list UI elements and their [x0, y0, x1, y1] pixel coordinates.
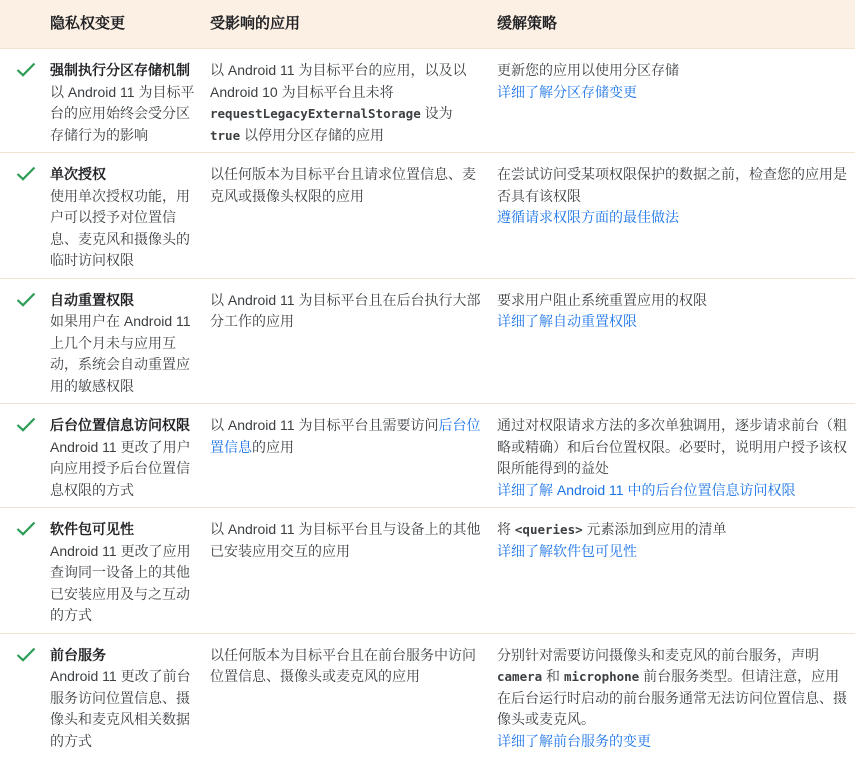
check-icon	[16, 62, 36, 77]
text-run: 要求用户阻止系统重置应用的权限	[497, 292, 707, 308]
text-run: 以任何版本为目标平台且请求位置信息、麦克风或摄像头权限的应用	[210, 166, 476, 204]
paragraph: 通过对权限请求方法的多次单独调用，逐步请求前台（粗略或精确）和后台位置权限。必要…	[497, 415, 847, 480]
paragraph: 将 <queries> 元素添加到应用的清单	[497, 519, 847, 541]
inline-code: microphone	[564, 669, 639, 684]
text-run: 更新您的应用以使用分区存储	[497, 62, 679, 78]
table-row: 自动重置权限如果用户在 Android 11 上几个月未与应用互动，系统会自动重…	[0, 278, 855, 404]
check-icon	[16, 521, 36, 536]
text-run: 以任何版本为目标平台且在前台服务中访问位置信息、摄像头或麦克风的应用	[210, 647, 476, 685]
table-row: 软件包可见性Android 11 更改了应用查询同一设备上的其他已安装应用及与之…	[0, 507, 855, 633]
check-cell	[0, 508, 50, 633]
paragraph: 详细了解前台服务的变更	[497, 731, 847, 753]
text-run: 将	[497, 521, 515, 537]
table-row: 后台位置信息访问权限Android 11 更改了用户向应用授予后台位置信息权限的…	[0, 403, 855, 507]
text-run: 以 Android 11 为目标平台且与设备上的其他已安装应用交互的应用	[210, 521, 480, 559]
change-cell: 单次授权使用单次授权功能，用户可以授予对位置信息、麦克风和摄像头的临时访问权限	[50, 153, 210, 278]
change-title: 软件包可见性	[50, 519, 196, 541]
inline-code: camera	[497, 669, 542, 684]
affected-apps-cell: 以 Android 11 为目标平台且需要访问后台位置信息的应用	[210, 404, 497, 507]
table-row: 单次授权使用单次授权功能，用户可以授予对位置信息、麦克风和摄像头的临时访问权限以…	[0, 152, 855, 278]
change-description: Android 11 更改了前台服务访问位置信息、摄像头和麦克风相关数据的方式	[50, 666, 196, 752]
doc-link[interactable]: 详细了解自动重置权限	[497, 313, 637, 329]
text-run: 分别针对需要访问摄像头和麦克风的前台服务，声明	[497, 647, 819, 663]
text-run: 元素添加到应用的清单	[583, 521, 727, 537]
paragraph: 以任何版本为目标平台且在前台服务中访问位置信息、摄像头或麦克风的应用	[210, 645, 483, 688]
mitigation-cell: 更新您的应用以使用分区存储详细了解分区存储变更	[497, 49, 855, 152]
text-run: 在尝试访问受某项权限保护的数据之前，检查您的应用是否具有该权限	[497, 166, 847, 204]
doc-link[interactable]: 详细了解分区存储变更	[497, 84, 637, 100]
paragraph: 分别针对需要访问摄像头和麦克风的前台服务，声明 camera 和 microph…	[497, 645, 847, 731]
column-header-affected-apps: 受影响的应用	[210, 13, 497, 35]
check-cell	[0, 153, 50, 278]
mitigation-cell: 通过对权限请求方法的多次单独调用，逐步请求前台（粗略或精确）和后台位置权限。必要…	[497, 404, 855, 507]
change-description: 如果用户在 Android 11 上几个月未与应用互动，系统会自动重置应用的敏感…	[50, 311, 196, 397]
paragraph: 以 Android 11 为目标平台的应用，以及以 Android 10 为目标…	[210, 60, 483, 146]
change-title: 前台服务	[50, 645, 196, 667]
change-title: 强制执行分区存储机制	[50, 60, 196, 82]
paragraph: 以任何版本为目标平台且请求位置信息、麦克风或摄像头权限的应用	[210, 164, 483, 207]
change-description: 以 Android 11 为目标平台的应用始终会受分区存储行为的影响	[50, 82, 196, 147]
paragraph: 以 Android 11 为目标平台且在后台执行大部分工作的应用	[210, 290, 483, 333]
table-row: 强制执行分区存储机制以 Android 11 为目标平台的应用始终会受分区存储行…	[0, 48, 855, 152]
check-icon	[16, 417, 36, 432]
text-run: 的应用	[252, 439, 294, 455]
check-cell	[0, 634, 50, 758]
inline-code: requestLegacyExternalStorage	[210, 106, 421, 121]
inline-code: true	[210, 128, 240, 143]
check-cell	[0, 49, 50, 152]
text-run: 以 Android 11 为目标平台且需要访问	[210, 417, 438, 433]
mitigation-cell: 将 <queries> 元素添加到应用的清单详细了解软件包可见性	[497, 508, 855, 633]
paragraph: 详细了解自动重置权限	[497, 311, 847, 333]
change-cell: 前台服务Android 11 更改了前台服务访问位置信息、摄像头和麦克风相关数据…	[50, 634, 210, 758]
doc-link[interactable]: 详细了解软件包可见性	[497, 543, 637, 559]
privacy-changes-table: 隐私权变更 受影响的应用 缓解策略 强制执行分区存储机制以 Android 11…	[0, 0, 855, 758]
check-icon	[16, 166, 36, 181]
check-cell	[0, 279, 50, 404]
change-cell: 后台位置信息访问权限Android 11 更改了用户向应用授予后台位置信息权限的…	[50, 404, 210, 507]
doc-link[interactable]: 遵循请求权限方面的最佳做法	[497, 209, 679, 225]
change-description: 使用单次授权功能，用户可以授予对位置信息、麦克风和摄像头的临时访问权限	[50, 186, 196, 272]
check-cell	[0, 404, 50, 507]
inline-code: <queries>	[515, 522, 583, 537]
mitigation-cell: 要求用户阻止系统重置应用的权限详细了解自动重置权限	[497, 279, 855, 404]
table-header-row: 隐私权变更 受影响的应用 缓解策略	[0, 0, 855, 48]
change-description: Android 11 更改了应用查询同一设备上的其他已安装应用及与之互动的方式	[50, 541, 196, 627]
paragraph: 详细了解 Android 11 中的后台位置信息访问权限	[497, 480, 847, 502]
mitigation-cell: 在尝试访问受某项权限保护的数据之前，检查您的应用是否具有该权限遵循请求权限方面的…	[497, 153, 855, 278]
table-row: 前台服务Android 11 更改了前台服务访问位置信息、摄像头和麦克风相关数据…	[0, 633, 855, 758]
paragraph: 详细了解软件包可见性	[497, 541, 847, 563]
text-run: 通过对权限请求方法的多次单独调用，逐步请求前台（粗略或精确）和后台位置权限。必要…	[497, 417, 847, 476]
affected-apps-cell: 以任何版本为目标平台且请求位置信息、麦克风或摄像头权限的应用	[210, 153, 497, 278]
paragraph: 遵循请求权限方面的最佳做法	[497, 207, 847, 229]
change-title: 后台位置信息访问权限	[50, 415, 196, 437]
change-description: Android 11 更改了用户向应用授予后台位置信息权限的方式	[50, 437, 196, 502]
paragraph: 更新您的应用以使用分区存储	[497, 60, 847, 82]
text-run: 以停用分区存储的应用	[240, 127, 384, 143]
text-run: 和	[542, 668, 564, 684]
text-run: 以 Android 11 为目标平台的应用，以及以 Android 10 为目标…	[210, 62, 466, 100]
column-header-mitigation: 缓解策略	[497, 13, 855, 35]
change-cell: 强制执行分区存储机制以 Android 11 为目标平台的应用始终会受分区存储行…	[50, 49, 210, 152]
text-run: 设为	[421, 105, 453, 121]
paragraph: 要求用户阻止系统重置应用的权限	[497, 290, 847, 312]
mitigation-cell: 分别针对需要访问摄像头和麦克风的前台服务，声明 camera 和 microph…	[497, 634, 855, 758]
paragraph: 以 Android 11 为目标平台且与设备上的其他已安装应用交互的应用	[210, 519, 483, 562]
change-title: 单次授权	[50, 164, 196, 186]
affected-apps-cell: 以 Android 11 为目标平台且与设备上的其他已安装应用交互的应用	[210, 508, 497, 633]
check-icon	[16, 647, 36, 662]
paragraph: 以 Android 11 为目标平台且需要访问后台位置信息的应用	[210, 415, 483, 458]
affected-apps-cell: 以 Android 11 为目标平台且在后台执行大部分工作的应用	[210, 279, 497, 404]
check-icon	[16, 292, 36, 307]
text-run: 以 Android 11 为目标平台且在后台执行大部分工作的应用	[210, 292, 480, 330]
change-title: 自动重置权限	[50, 290, 196, 312]
doc-link[interactable]: 详细了解前台服务的变更	[497, 733, 651, 749]
paragraph: 在尝试访问受某项权限保护的数据之前，检查您的应用是否具有该权限	[497, 164, 847, 207]
change-cell: 软件包可见性Android 11 更改了应用查询同一设备上的其他已安装应用及与之…	[50, 508, 210, 633]
paragraph: 详细了解分区存储变更	[497, 82, 847, 104]
affected-apps-cell: 以任何版本为目标平台且在前台服务中访问位置信息、摄像头或麦克风的应用	[210, 634, 497, 758]
table-body: 强制执行分区存储机制以 Android 11 为目标平台的应用始终会受分区存储行…	[0, 48, 855, 758]
change-cell: 自动重置权限如果用户在 Android 11 上几个月未与应用互动，系统会自动重…	[50, 279, 210, 404]
affected-apps-cell: 以 Android 11 为目标平台的应用，以及以 Android 10 为目标…	[210, 49, 497, 152]
column-header-privacy-change: 隐私权变更	[50, 13, 210, 35]
doc-link[interactable]: 详细了解 Android 11 中的后台位置信息访问权限	[497, 482, 795, 498]
